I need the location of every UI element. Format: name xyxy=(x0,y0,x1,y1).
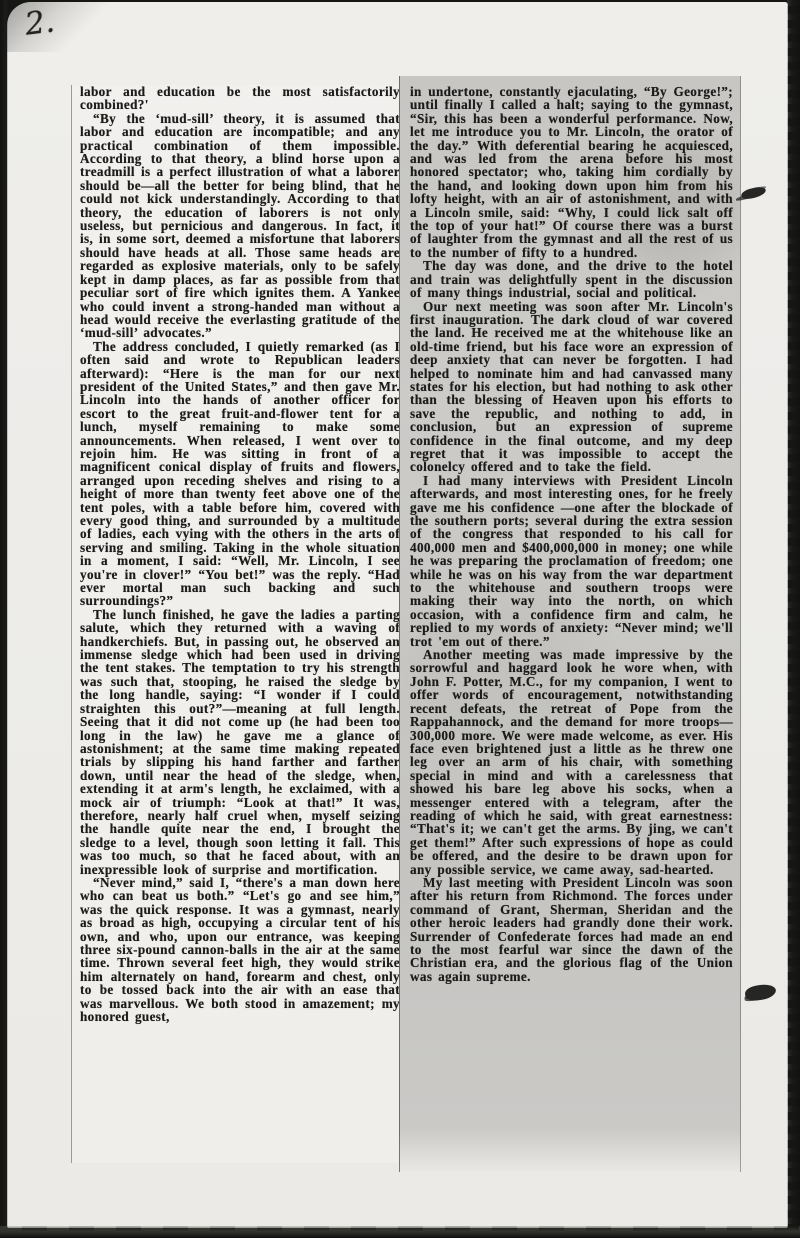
article-paragraph: The day was done, and the drive to the h… xyxy=(410,259,733,299)
article-column-right: in undertone, constantly ejaculating, “B… xyxy=(399,76,741,1172)
article-column-left: labor and education be the most satisfac… xyxy=(71,85,400,1163)
ink-blot xyxy=(740,186,766,200)
scan-edge-left xyxy=(0,0,8,1238)
article-paragraph: My last meeting with President Lincoln w… xyxy=(410,876,733,983)
article-paragraph: The address concluded, I quietly remarke… xyxy=(80,340,400,608)
article-paragraph: Our next meeting was soon after Mr. Linc… xyxy=(410,300,733,474)
scan-edge-right xyxy=(787,0,800,1238)
scan-page: 2. labor and education be the most satis… xyxy=(7,2,788,1228)
article-paragraph: The lunch finished, he gave the ladies a… xyxy=(80,608,400,876)
article-paragraph: “Never mind,” said I, “there's a man dow… xyxy=(80,876,400,1023)
article-paragraph: I had many interviews with President Lin… xyxy=(410,474,733,648)
article-paragraph: Another meeting was made impressive by t… xyxy=(410,648,733,876)
article-paragraph: “By the ‘mud-sill’ theory, it is assumed… xyxy=(80,112,400,340)
handwritten-page-number: 2. xyxy=(23,3,57,42)
scanned-document-screenshot: 2. labor and education be the most satis… xyxy=(0,0,800,1238)
ink-blot xyxy=(744,983,776,1001)
article-paragraph: labor and education be the most satisfac… xyxy=(80,85,400,112)
article-paragraph: in undertone, constantly ejaculating, “B… xyxy=(410,85,733,259)
newspaper-article: labor and education be the most satisfac… xyxy=(65,76,743,1172)
scan-edge-bottom xyxy=(0,1226,800,1238)
